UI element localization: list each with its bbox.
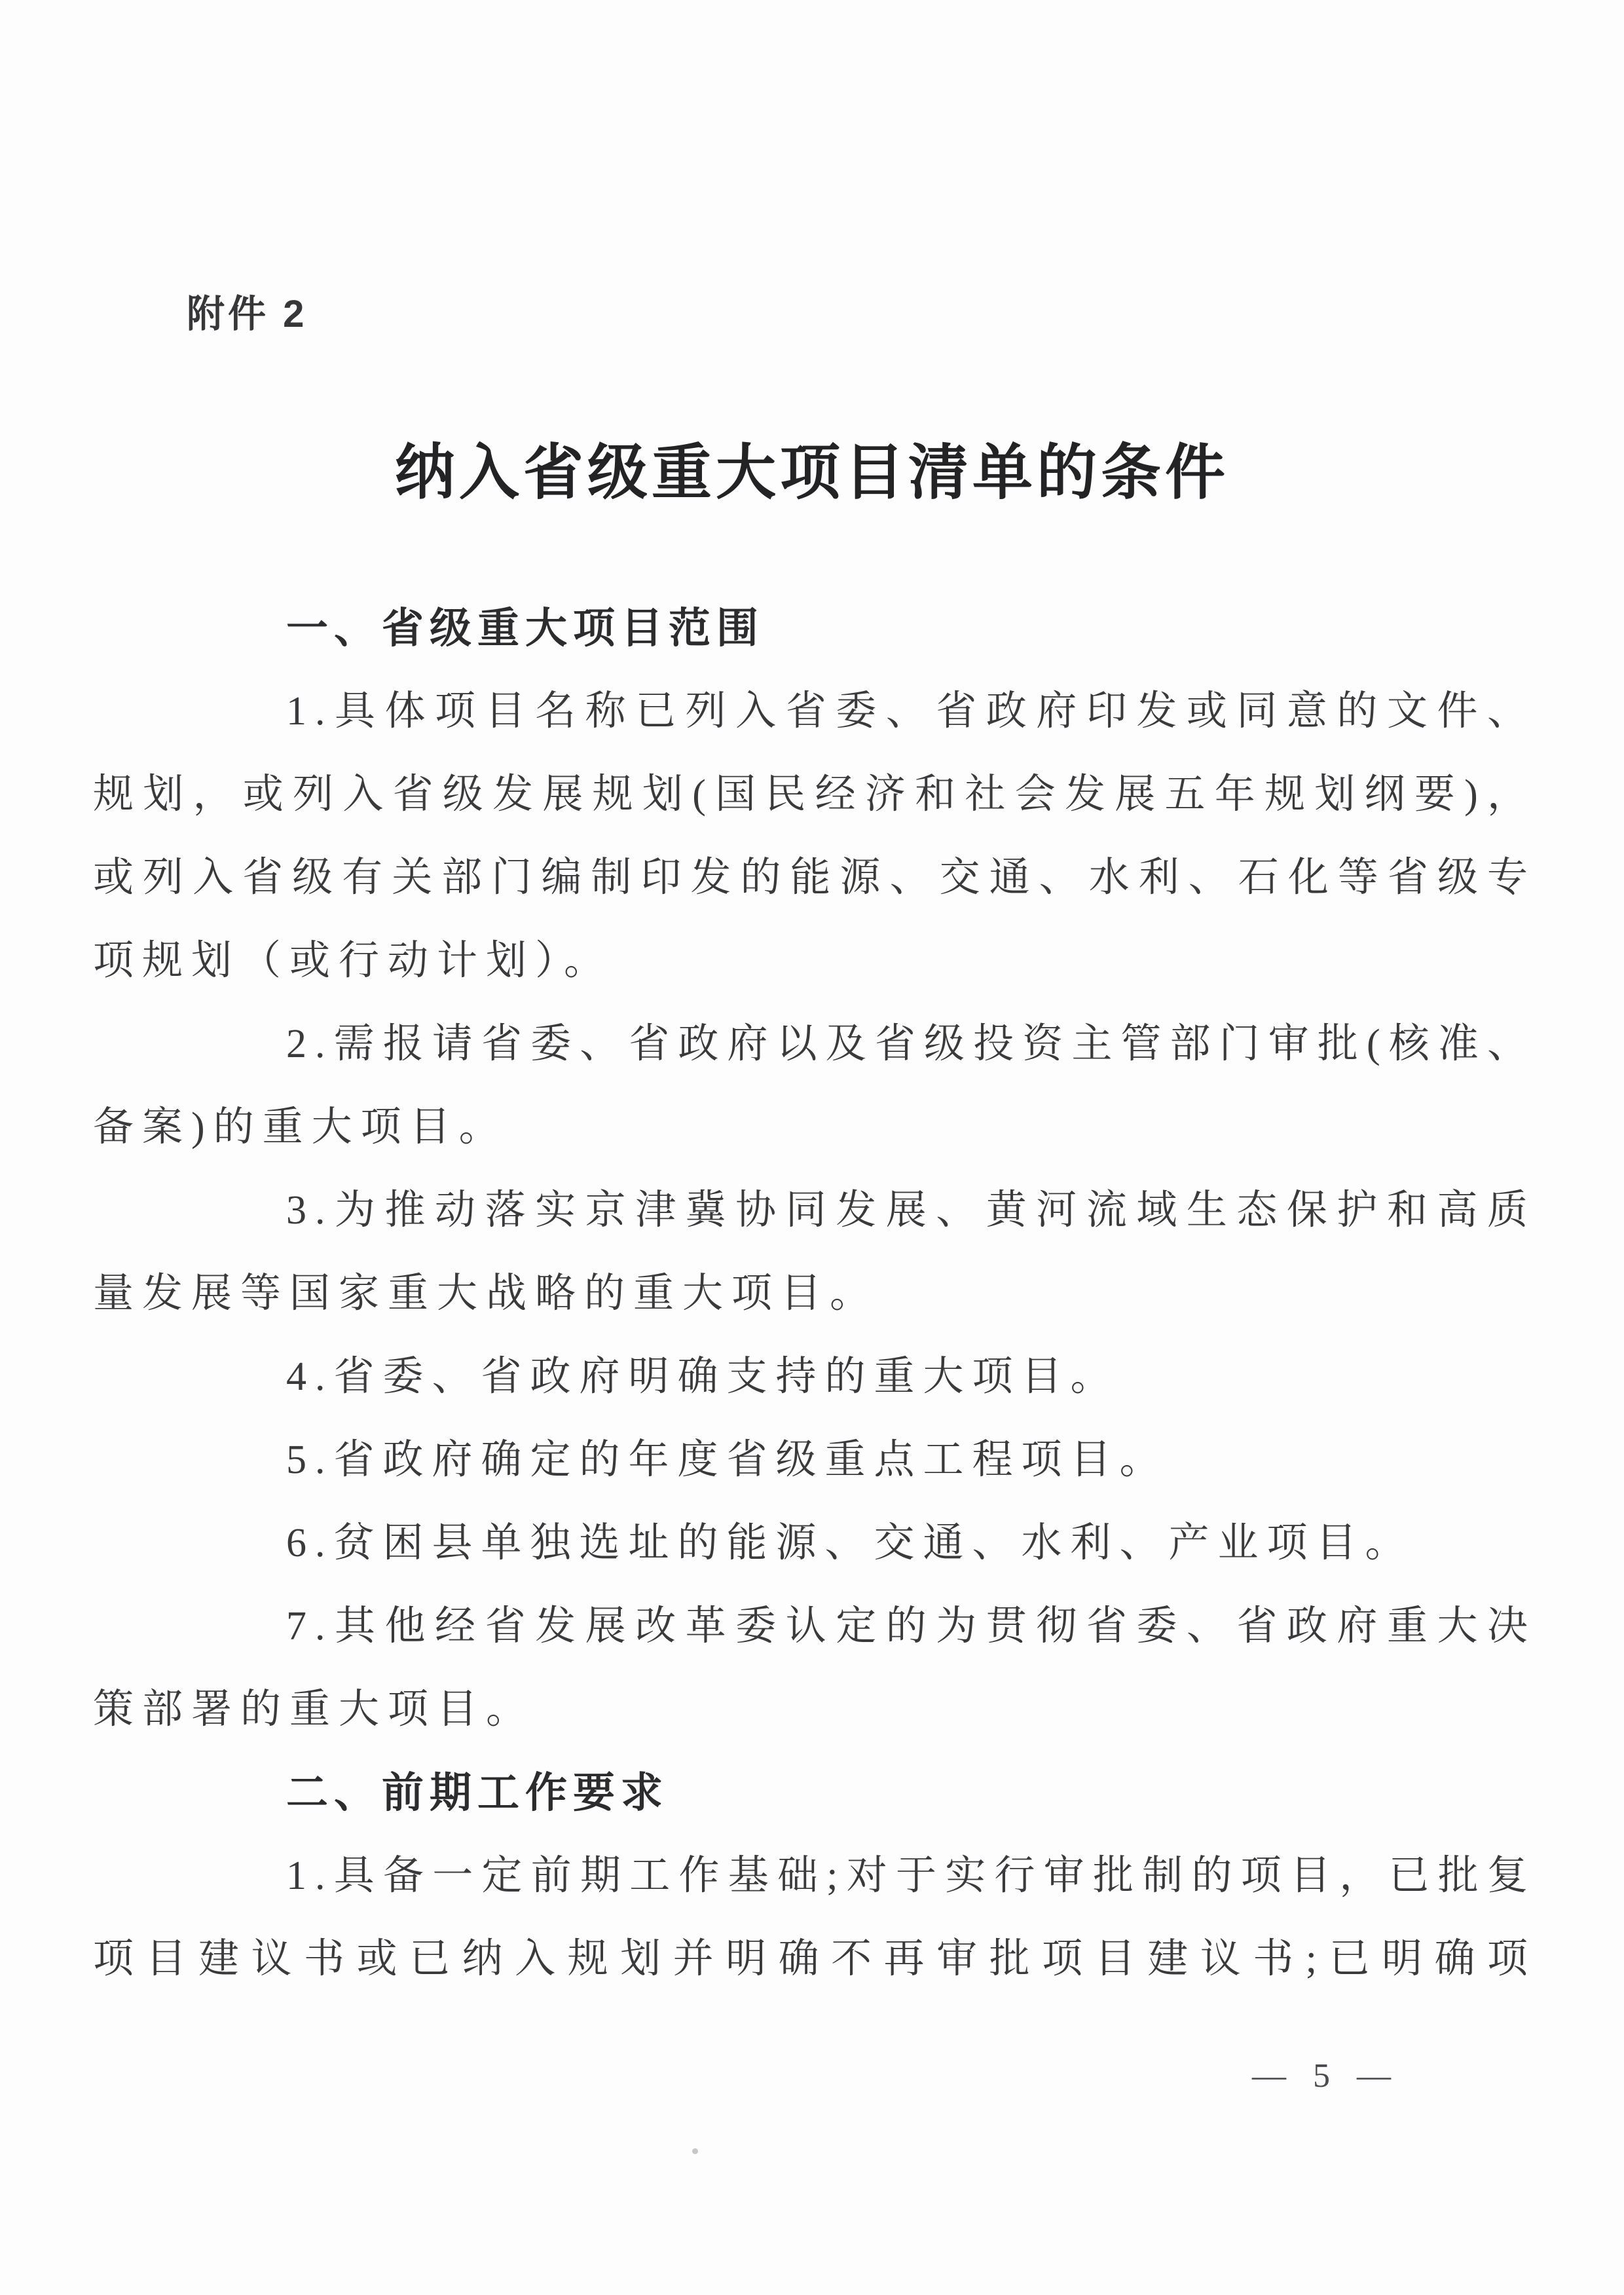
section-1-heading: 一、省级重大项目范围 [93, 587, 1536, 670]
body-paragraph: 1.具体项目名称已列入省委、省政府印发或同意的文件、规划，或列入省级发展规划(国… [93, 670, 1536, 1003]
doc-title: 纳入省级重大项目清单的条件 [0, 424, 1624, 511]
page-number: — 5 — [1252, 2057, 1400, 2095]
body-paragraph: 1.具备一定前期工作基础;对于实行审批制的项目，已批复项目建议书或已纳入规划并明… [93, 1835, 1536, 2001]
body-paragraph: 6.贫困县单独选址的能源、交通、水利、产业项目。 [93, 1502, 1536, 1585]
section-2-heading: 二、前期工作要求 [93, 1751, 1536, 1835]
document-body: 一、省级重大项目范围 1.具体项目名称已列入省委、省政府印发或同意的文件、规划，… [93, 587, 1536, 2001]
document-page: 附件 2 纳入省级重大项目清单的条件 一、省级重大项目范围 1.具体项目名称已列… [0, 0, 1624, 2295]
body-paragraph: 7.其他经省发展改革委认定的为贯彻省委、省政府重大决策部署的重大项目。 [93, 1585, 1536, 1751]
attachment-label: 附件 2 [187, 283, 307, 338]
scan-speck [692, 2148, 698, 2154]
body-paragraph: 5.省政府确定的年度省级重点工程项目。 [93, 1419, 1536, 1502]
body-paragraph: 4.省委、省政府明确支持的重大项目。 [93, 1335, 1536, 1419]
body-paragraph: 3.为推动落实京津冀协同发展、黄河流域生态保护和高质量发展等国家重大战略的重大项… [93, 1169, 1536, 1335]
body-paragraph: 2.需报请省委、省政府以及省级投资主管部门审批(核准、备案)的重大项目。 [93, 1003, 1536, 1169]
